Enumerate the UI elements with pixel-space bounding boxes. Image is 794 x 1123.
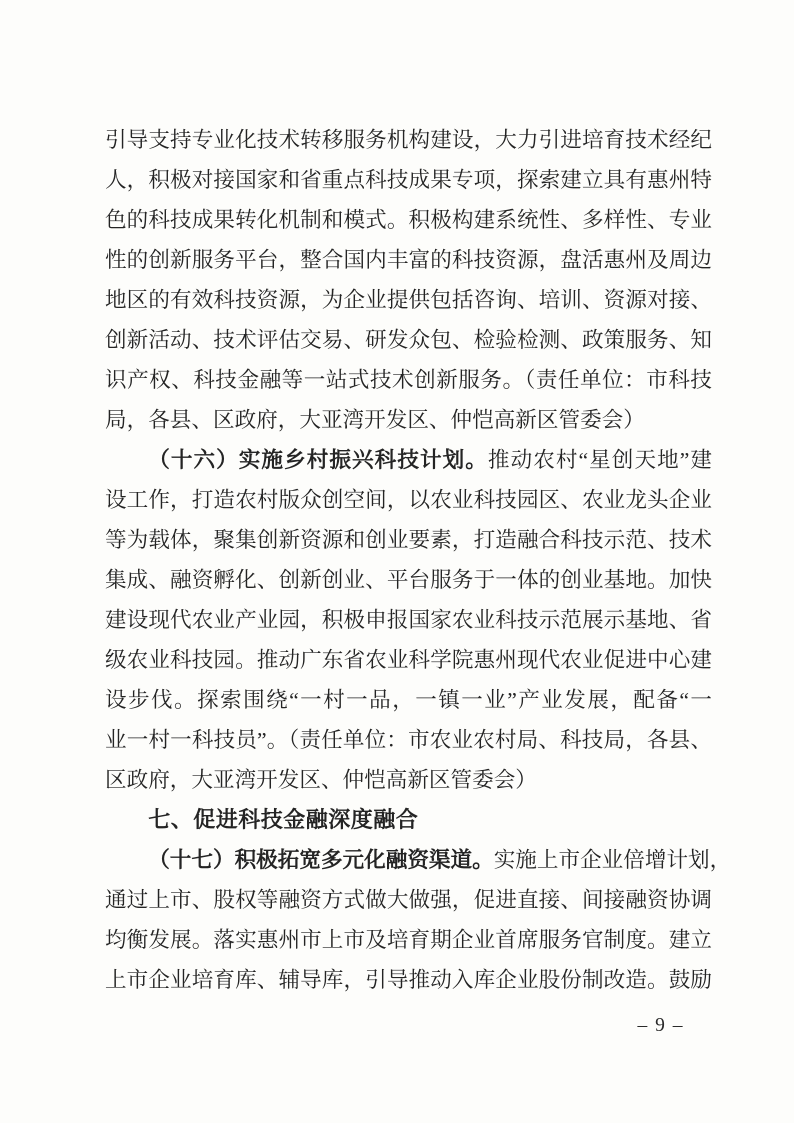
text-line: 创新活动、技术评估交易、研发众包、检验检测、政策服务、知 <box>105 320 712 360</box>
text-line: 色的科技成果转化机制和模式。积极构建系统性、多样性、专业 <box>105 200 712 240</box>
text-line: 上市企业培育库、辅导库，引导推动入库企业股份制改造。鼓励 <box>105 960 712 1000</box>
text-line: 等为载体，聚集创新资源和创业要素，打造融合科技示范、技术 <box>105 520 712 560</box>
item-16-rural-revitalization: （十六）实施乡村振兴科技计划。推动农村“星创天地”建设工作，打造农村版众创空间，… <box>105 440 712 800</box>
text-line: （十七）积极拓宽多元化融资渠道。实施上市企业倍增计划， <box>105 840 712 880</box>
text-line: 建设现代农业产业园，积极申报国家农业科技示范展示基地、省 <box>105 600 712 640</box>
text-line: 通过上市、股权等融资方式做大做强，促进直接、间接融资协调 <box>105 880 712 920</box>
text-line: 局，各县、区政府，大亚湾开发区、仲恺高新区管委会） <box>105 400 712 440</box>
text-line: 识产权、科技金融等一站式技术创新服务。（责任单位：市科技 <box>105 360 712 400</box>
text-line: 设工作，打造农村版众创空间，以农业科技园区、农业龙头企业 <box>105 480 712 520</box>
text-line: 设步伐。探索围绕“一村一品，一镇一业”产业发展，配备“一 <box>105 680 712 720</box>
heading-line: 七、促进科技金融深度融合 <box>105 800 712 840</box>
item-17-financing-channels: （十七）积极拓宽多元化融资渠道。实施上市企业倍增计划，通过上市、股权等融资方式做… <box>105 840 712 1000</box>
text-line: 地区的有效科技资源，为企业提供包括咨询、培训、资源对接、 <box>105 280 712 320</box>
text-line: 引导支持专业化技术转移服务机构建设，大力引进培育技术经纪 <box>105 120 712 160</box>
text-line: 性的创新服务平台，整合国内丰富的科技资源，盘活惠州及周边 <box>105 240 712 280</box>
document-page: 引导支持专业化技术转移服务机构建设，大力引进培育技术经纪人，积极对接国家和省重点… <box>0 0 794 1123</box>
text-line: 区政府，大亚湾开发区、仲恺高新区管委会） <box>105 760 712 800</box>
section-7-heading: 七、促进科技金融深度融合 <box>105 800 712 840</box>
text-line: 集成、融资孵化、创新创业、平台服务于一体的创业基地。加快 <box>105 560 712 600</box>
item-lead-bold: （十六）实施乡村振兴科技计划。 <box>148 448 488 472</box>
text-line: 级农业科技园。推动广东省农业科学院惠州现代农业促进中心建 <box>105 640 712 680</box>
page-number: – 9 – <box>638 1014 685 1038</box>
text-line: 均衡发展。落实惠州市上市及培育期企业首席服务官制度。建立 <box>105 920 712 960</box>
text-line: （十六）实施乡村振兴科技计划。推动农村“星创天地”建 <box>105 440 712 480</box>
text-line: 业一村一科技员”。（责任单位：市农业农村局、科技局，各县、 <box>105 720 712 760</box>
text-line: 人，积极对接国家和省重点科技成果专项，探索建立具有惠州特 <box>105 160 712 200</box>
text-block: 引导支持专业化技术转移服务机构建设，大力引进培育技术经纪人，积极对接国家和省重点… <box>105 120 712 1000</box>
para-continuation-tech-transfer: 引导支持专业化技术转移服务机构建设，大力引进培育技术经纪人，积极对接国家和省重点… <box>105 120 712 440</box>
item-lead-bold: （十七）积极拓宽多元化融资渠道。 <box>148 848 494 872</box>
